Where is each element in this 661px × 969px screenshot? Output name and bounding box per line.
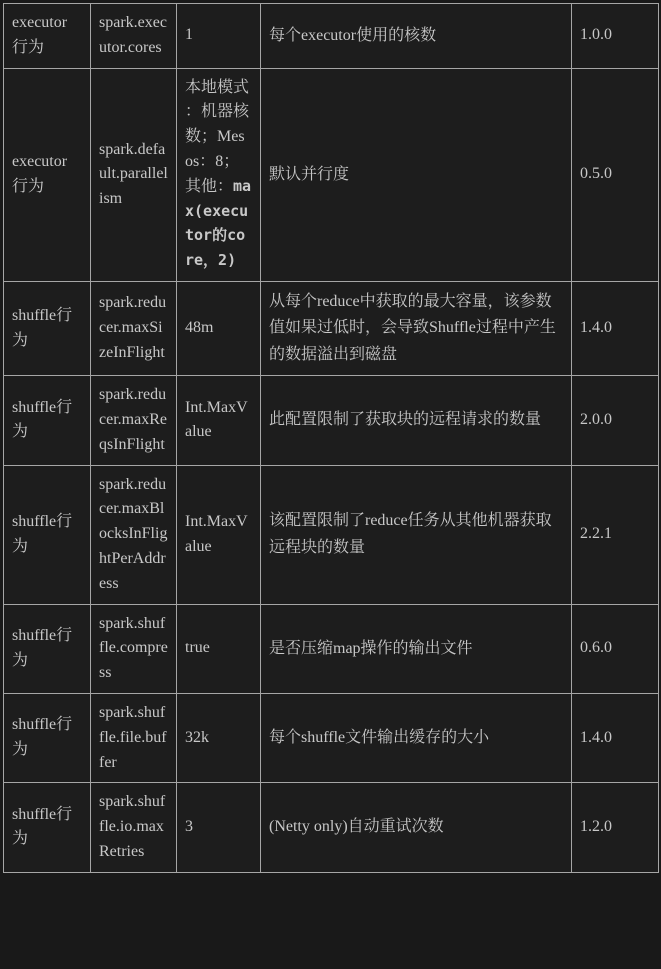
cell-default-value: true	[177, 604, 261, 693]
cell-parameter: spark.shuffle.compress	[91, 604, 177, 693]
cell-parameter: spark.default.parallelism	[91, 68, 177, 281]
cell-category: shuffle行为	[4, 783, 91, 872]
cell-description: (Netty only)自动重试次数	[261, 783, 572, 872]
cell-description: 是否压缩map操作的输出文件	[261, 604, 572, 693]
cell-default-value: 1	[177, 4, 261, 69]
cell-description: 默认并行度	[261, 68, 572, 281]
cell-parameter: spark.executor.cores	[91, 4, 177, 69]
cell-parameter: spark.reducer.maxBlocksInFlightPerAddres…	[91, 465, 177, 604]
table-row: executor行为 spark.executor.cores 1 每个exec…	[4, 4, 659, 69]
cell-parameter: spark.reducer.maxSizeInFlight	[91, 281, 177, 375]
cell-description: 此配置限制了获取块的远程请求的数量	[261, 376, 572, 465]
cell-since-version: 2.2.1	[572, 465, 659, 604]
cell-description: 从每个reduce中获取的最大容量，该参数值如果过低时，会导致Shuffle过程…	[261, 281, 572, 375]
default-value-text: Int.MaxValue	[185, 513, 248, 555]
table-row: shuffle行为 spark.shuffle.file.buffer 32k …	[4, 693, 659, 782]
cell-default-value: Int.MaxValue	[177, 465, 261, 604]
cell-category: executor行为	[4, 4, 91, 69]
default-value-text: 32k	[185, 729, 209, 746]
cell-parameter: spark.shuffle.io.maxRetries	[91, 783, 177, 872]
cell-since-version: 2.0.0	[572, 376, 659, 465]
config-table-body: executor行为 spark.executor.cores 1 每个exec…	[4, 4, 659, 873]
document-page: executor行为 spark.executor.cores 1 每个exec…	[0, 0, 661, 876]
default-value-text: 1	[185, 26, 193, 43]
cell-category: executor行为	[4, 68, 91, 281]
cell-category: shuffle行为	[4, 604, 91, 693]
default-value-text: true	[185, 639, 210, 656]
cell-category: shuffle行为	[4, 693, 91, 782]
cell-category: shuffle行为	[4, 281, 91, 375]
cell-default-value: 32k	[177, 693, 261, 782]
cell-parameter: spark.reducer.maxReqsInFlight	[91, 376, 177, 465]
table-row: shuffle行为 spark.shuffle.io.maxRetries 3 …	[4, 783, 659, 872]
cell-description: 每个executor使用的核数	[261, 4, 572, 69]
cell-parameter: spark.shuffle.file.buffer	[91, 693, 177, 782]
cell-description: 该配置限制了reduce任务从其他机器获取远程块的数量	[261, 465, 572, 604]
cell-since-version: 0.6.0	[572, 604, 659, 693]
cell-default-value: 48m	[177, 281, 261, 375]
cell-category: shuffle行为	[4, 465, 91, 604]
default-value-text: Int.MaxValue	[185, 399, 248, 441]
cell-since-version: 1.2.0	[572, 783, 659, 872]
spark-config-table: executor行为 spark.executor.cores 1 每个exec…	[3, 3, 659, 873]
cell-since-version: 1.4.0	[572, 693, 659, 782]
cell-default-value: 3	[177, 783, 261, 872]
cell-since-version: 0.5.0	[572, 68, 659, 281]
default-value-text: 3	[185, 818, 193, 835]
cell-category: shuffle行为	[4, 376, 91, 465]
table-row: shuffle行为 spark.reducer.maxReqsInFlight …	[4, 376, 659, 465]
table-row: shuffle行为 spark.reducer.maxBlocksInFligh…	[4, 465, 659, 604]
table-row: shuffle行为 spark.reducer.maxSizeInFlight …	[4, 281, 659, 375]
cell-since-version: 1.0.0	[572, 4, 659, 69]
cell-default-value: 本地模式：机器核数；Mesos：8；其他：max(executor的core，2…	[177, 68, 261, 281]
cell-description: 每个shuffle文件输出缓存的大小	[261, 693, 572, 782]
table-row: shuffle行为 spark.shuffle.compress true 是否…	[4, 604, 659, 693]
cell-default-value: Int.MaxValue	[177, 376, 261, 465]
cell-since-version: 1.4.0	[572, 281, 659, 375]
table-row: executor行为 spark.default.parallelism 本地模…	[4, 68, 659, 281]
default-value-text: 48m	[185, 319, 213, 336]
